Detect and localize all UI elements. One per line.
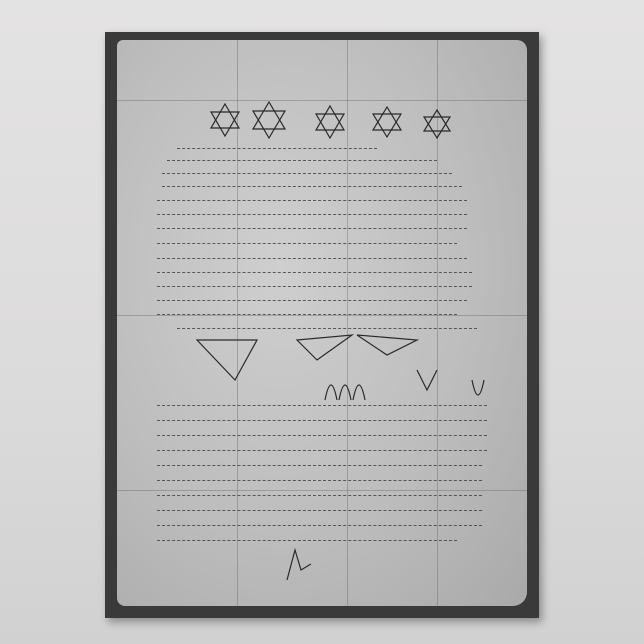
manuscript-paper (117, 40, 527, 606)
hexagram-row (117, 40, 527, 606)
poster-frame (105, 32, 539, 618)
